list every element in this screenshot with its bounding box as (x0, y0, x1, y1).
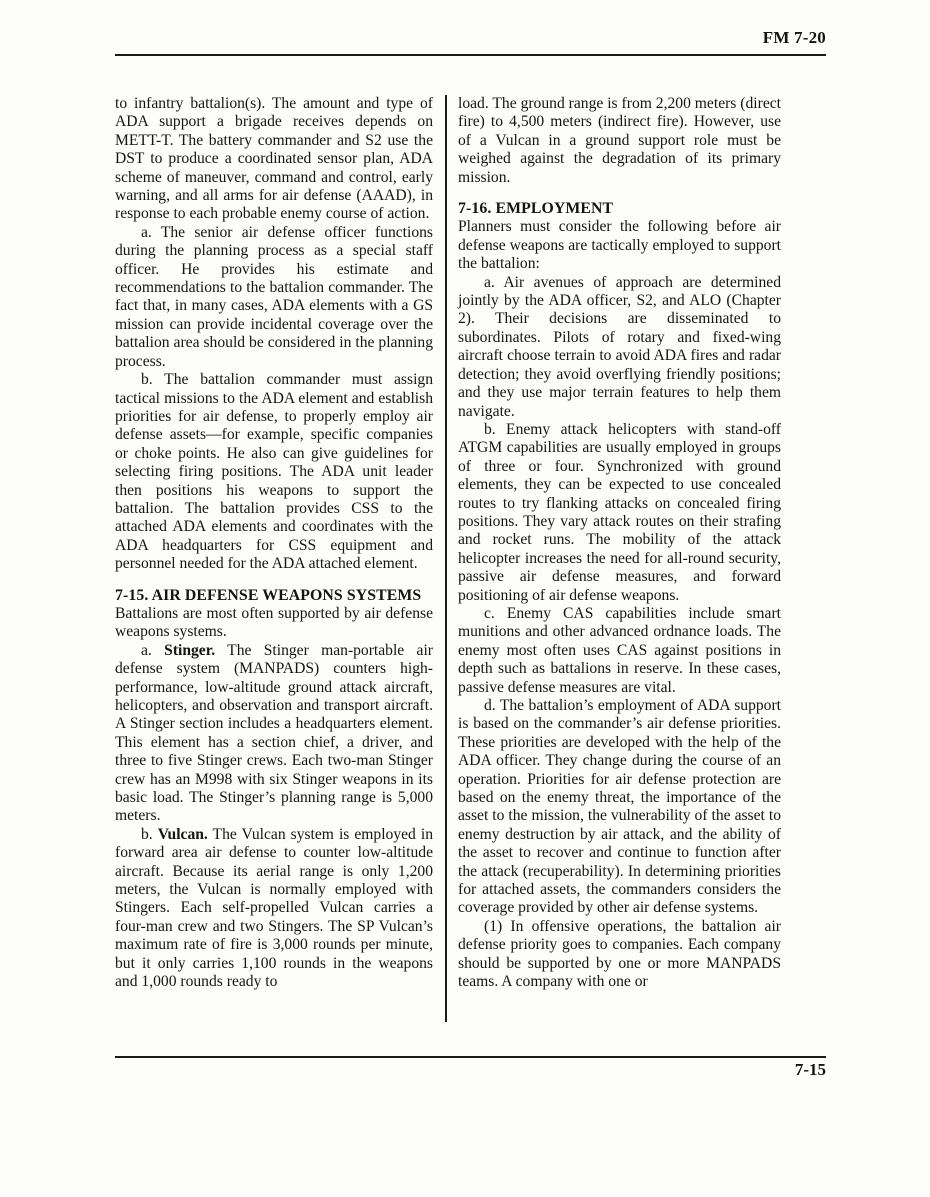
right-para-planners: Planners must consider the following bef… (458, 218, 781, 273)
right-para-c-enemy-cas: c. Enemy CAS capabilities include smart … (458, 605, 781, 697)
stinger-bold-lead: Stinger. (164, 642, 215, 659)
left-para-b-vulcan: b. Vulcan. The Vulcan system is employed… (115, 826, 433, 992)
stinger-item-letter: a. (141, 642, 164, 659)
two-column-body: to infantry battalion(s). The amount and… (115, 95, 781, 1022)
right-para-continuation-load: load. The ground range is from 2,200 met… (458, 95, 781, 187)
right-column: load. The ground range is from 2,200 met… (458, 95, 781, 992)
vulcan-item-letter: b. (141, 826, 158, 843)
footer-rule (115, 1056, 826, 1058)
header-rule (115, 54, 826, 56)
section-heading-7-16: 7-16. EMPLOYMENT (458, 200, 781, 218)
left-para-a-senior-ado: a. The senior air defense officer functi… (115, 224, 433, 371)
section-heading-7-15: 7-15. AIR DEFENSE WEAPONS SYSTEMS (115, 587, 433, 605)
right-para-1-offensive-ops: (1) In offensive operations, the battali… (458, 918, 781, 992)
left-para-b-battalion-commander: b. The battalion commander must assign t… (115, 371, 433, 573)
vulcan-bold-lead: Vulcan. (158, 826, 208, 843)
column-divider-rule (445, 95, 447, 1022)
left-column: to infantry battalion(s). The amount and… (115, 95, 433, 992)
doc-header-id: FM 7-20 (115, 28, 826, 48)
left-para-continuation: to infantry battalion(s). The amount and… (115, 95, 433, 224)
left-para-battalions-supported: Battalions are most often supported by a… (115, 605, 433, 642)
stinger-body-text: The Stinger man-portable air defense sys… (115, 642, 433, 825)
right-para-d-ada-employment: d. The battalion’s employment of ADA sup… (458, 697, 781, 918)
right-para-b-enemy-helicopters: b. Enemy attack helicopters with stand-o… (458, 421, 781, 605)
manual-page: FM 7-20 to infantry battalion(s). The am… (0, 0, 930, 1197)
left-para-a-stinger: a. Stinger. The Stinger man-portable air… (115, 642, 433, 826)
right-para-a-air-avenues: a. Air avenues of approach are determine… (458, 274, 781, 421)
vulcan-body-text: The Vulcan system is employed in forward… (115, 826, 433, 990)
page-number: 7-15 (115, 1060, 826, 1080)
